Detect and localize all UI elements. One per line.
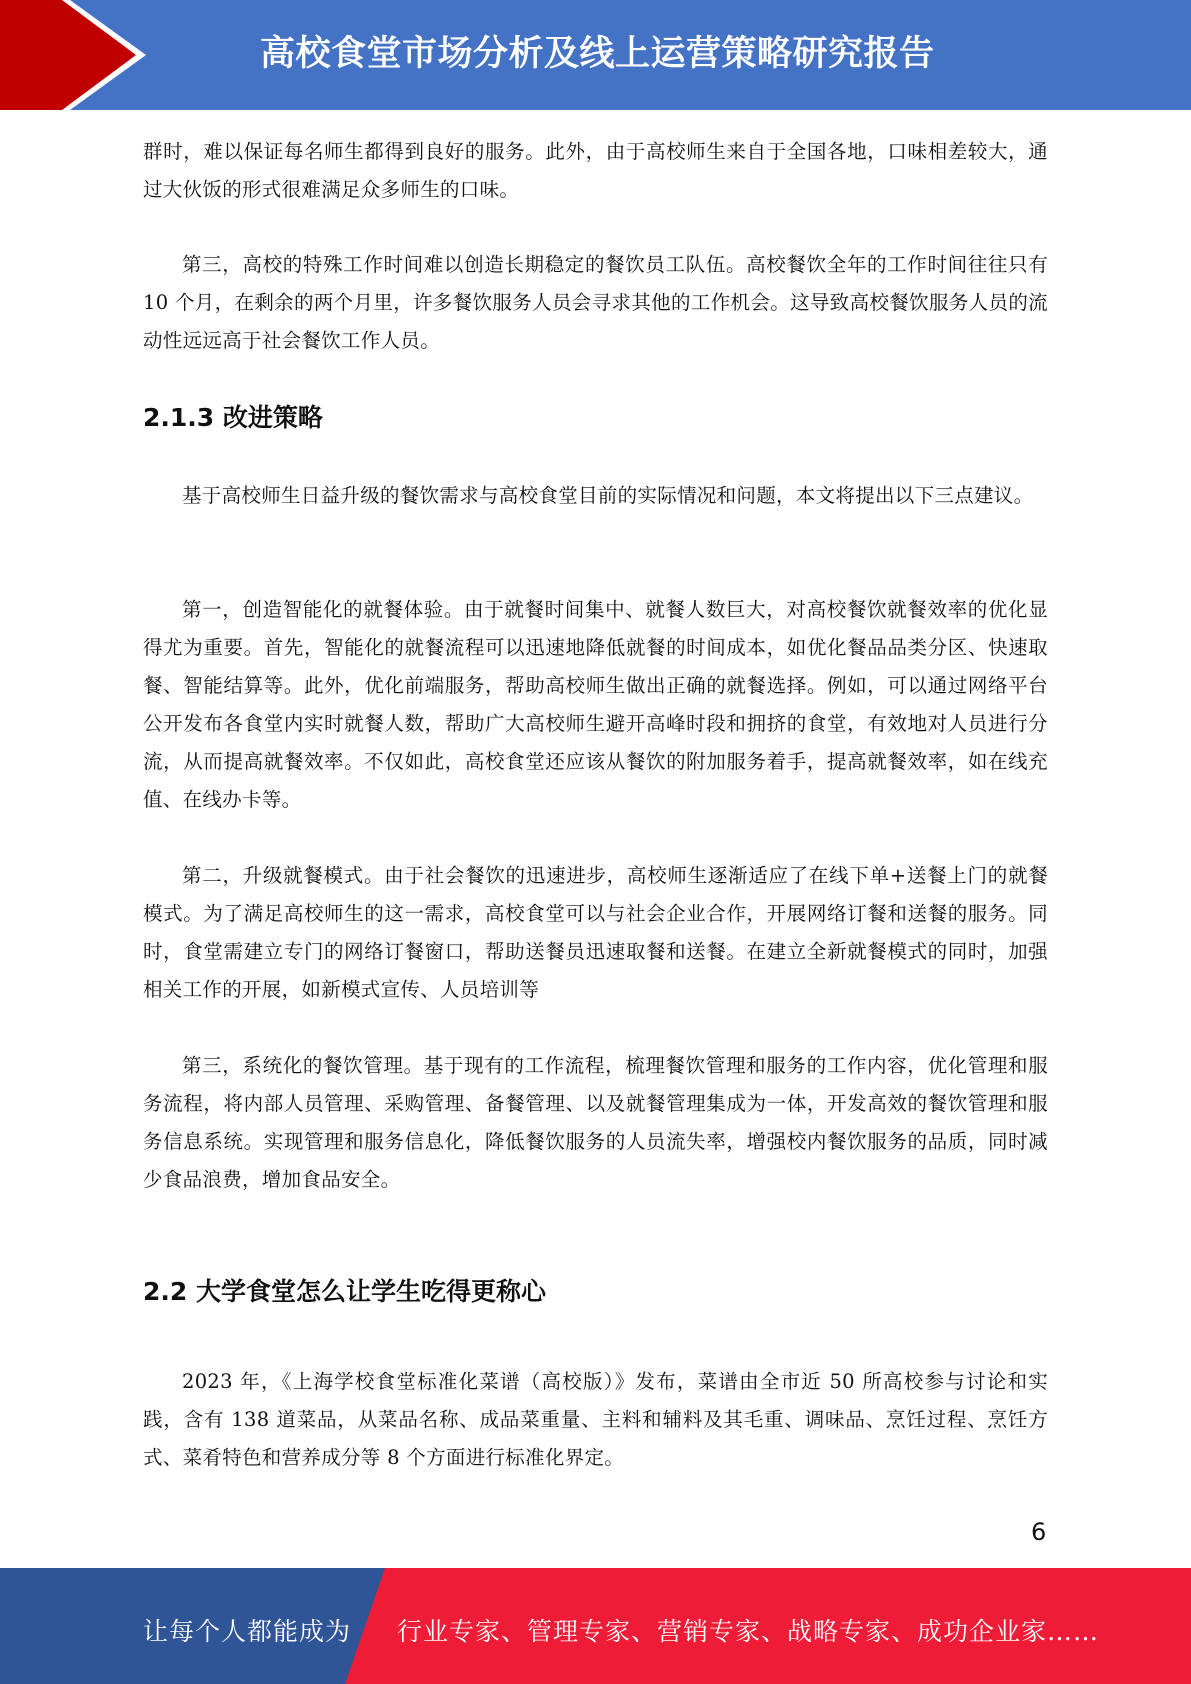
paragraph-third-issue: 第三，高校的特殊工作时间难以创造长期稳定的餐饮员工队伍。高校餐饮全年的工作时间往… [143,246,1048,360]
footer-slogan-left: 让每个人都能成为 [143,1612,351,1648]
red-arrow-icon [0,0,160,110]
section-heading-2-2: 2.2 大学食堂怎么让学生吃得更称心 [143,1272,546,1308]
paragraph-intro-suggestions: 基于高校师生日益升级的餐饮需求与高校食堂目前的实际情况和问题，本文将提出以下三点… [143,477,1048,515]
paragraph-standard-menu: 2023 年，《上海学校食堂标准化菜谱（高校版）》发布，菜谱由全市近 50 所高… [143,1363,1048,1477]
document-title: 高校食堂市场分析及线上运营策略研究报告 [260,26,935,76]
footer-slogan-right: 行业专家、管理专家、营销专家、战略专家、成功企业家…… [397,1612,1099,1648]
paragraph-suggestion-one: 第一，创造智能化的就餐体验。由于就餐时间集中、就餐人数巨大，对高校餐饮就餐效率的… [143,591,1048,819]
page-footer-banner: 让每个人都能成为 行业专家、管理专家、营销专家、战略专家、成功企业家…… [0,1568,1191,1684]
page-number: 6 [1031,1518,1046,1546]
paragraph-suggestion-two: 第二，升级就餐模式。由于社会餐饮的迅速进步，高校师生逐渐适应了在线下单+送餐上门… [143,857,1048,1009]
paragraph-suggestion-three: 第三，系统化的餐饮管理。基于现有的工作流程，梳理餐饮管理和服务的工作内容，优化管… [143,1047,1048,1199]
paragraph-continuation: 群时，难以保证每名师生都得到良好的服务。此外，由于高校师生来自于全国各地，口味相… [143,133,1048,209]
page-header-banner: 高校食堂市场分析及线上运营策略研究报告 [0,0,1191,110]
section-heading-2-1-3: 2.1.3 改进策略 [143,398,323,434]
